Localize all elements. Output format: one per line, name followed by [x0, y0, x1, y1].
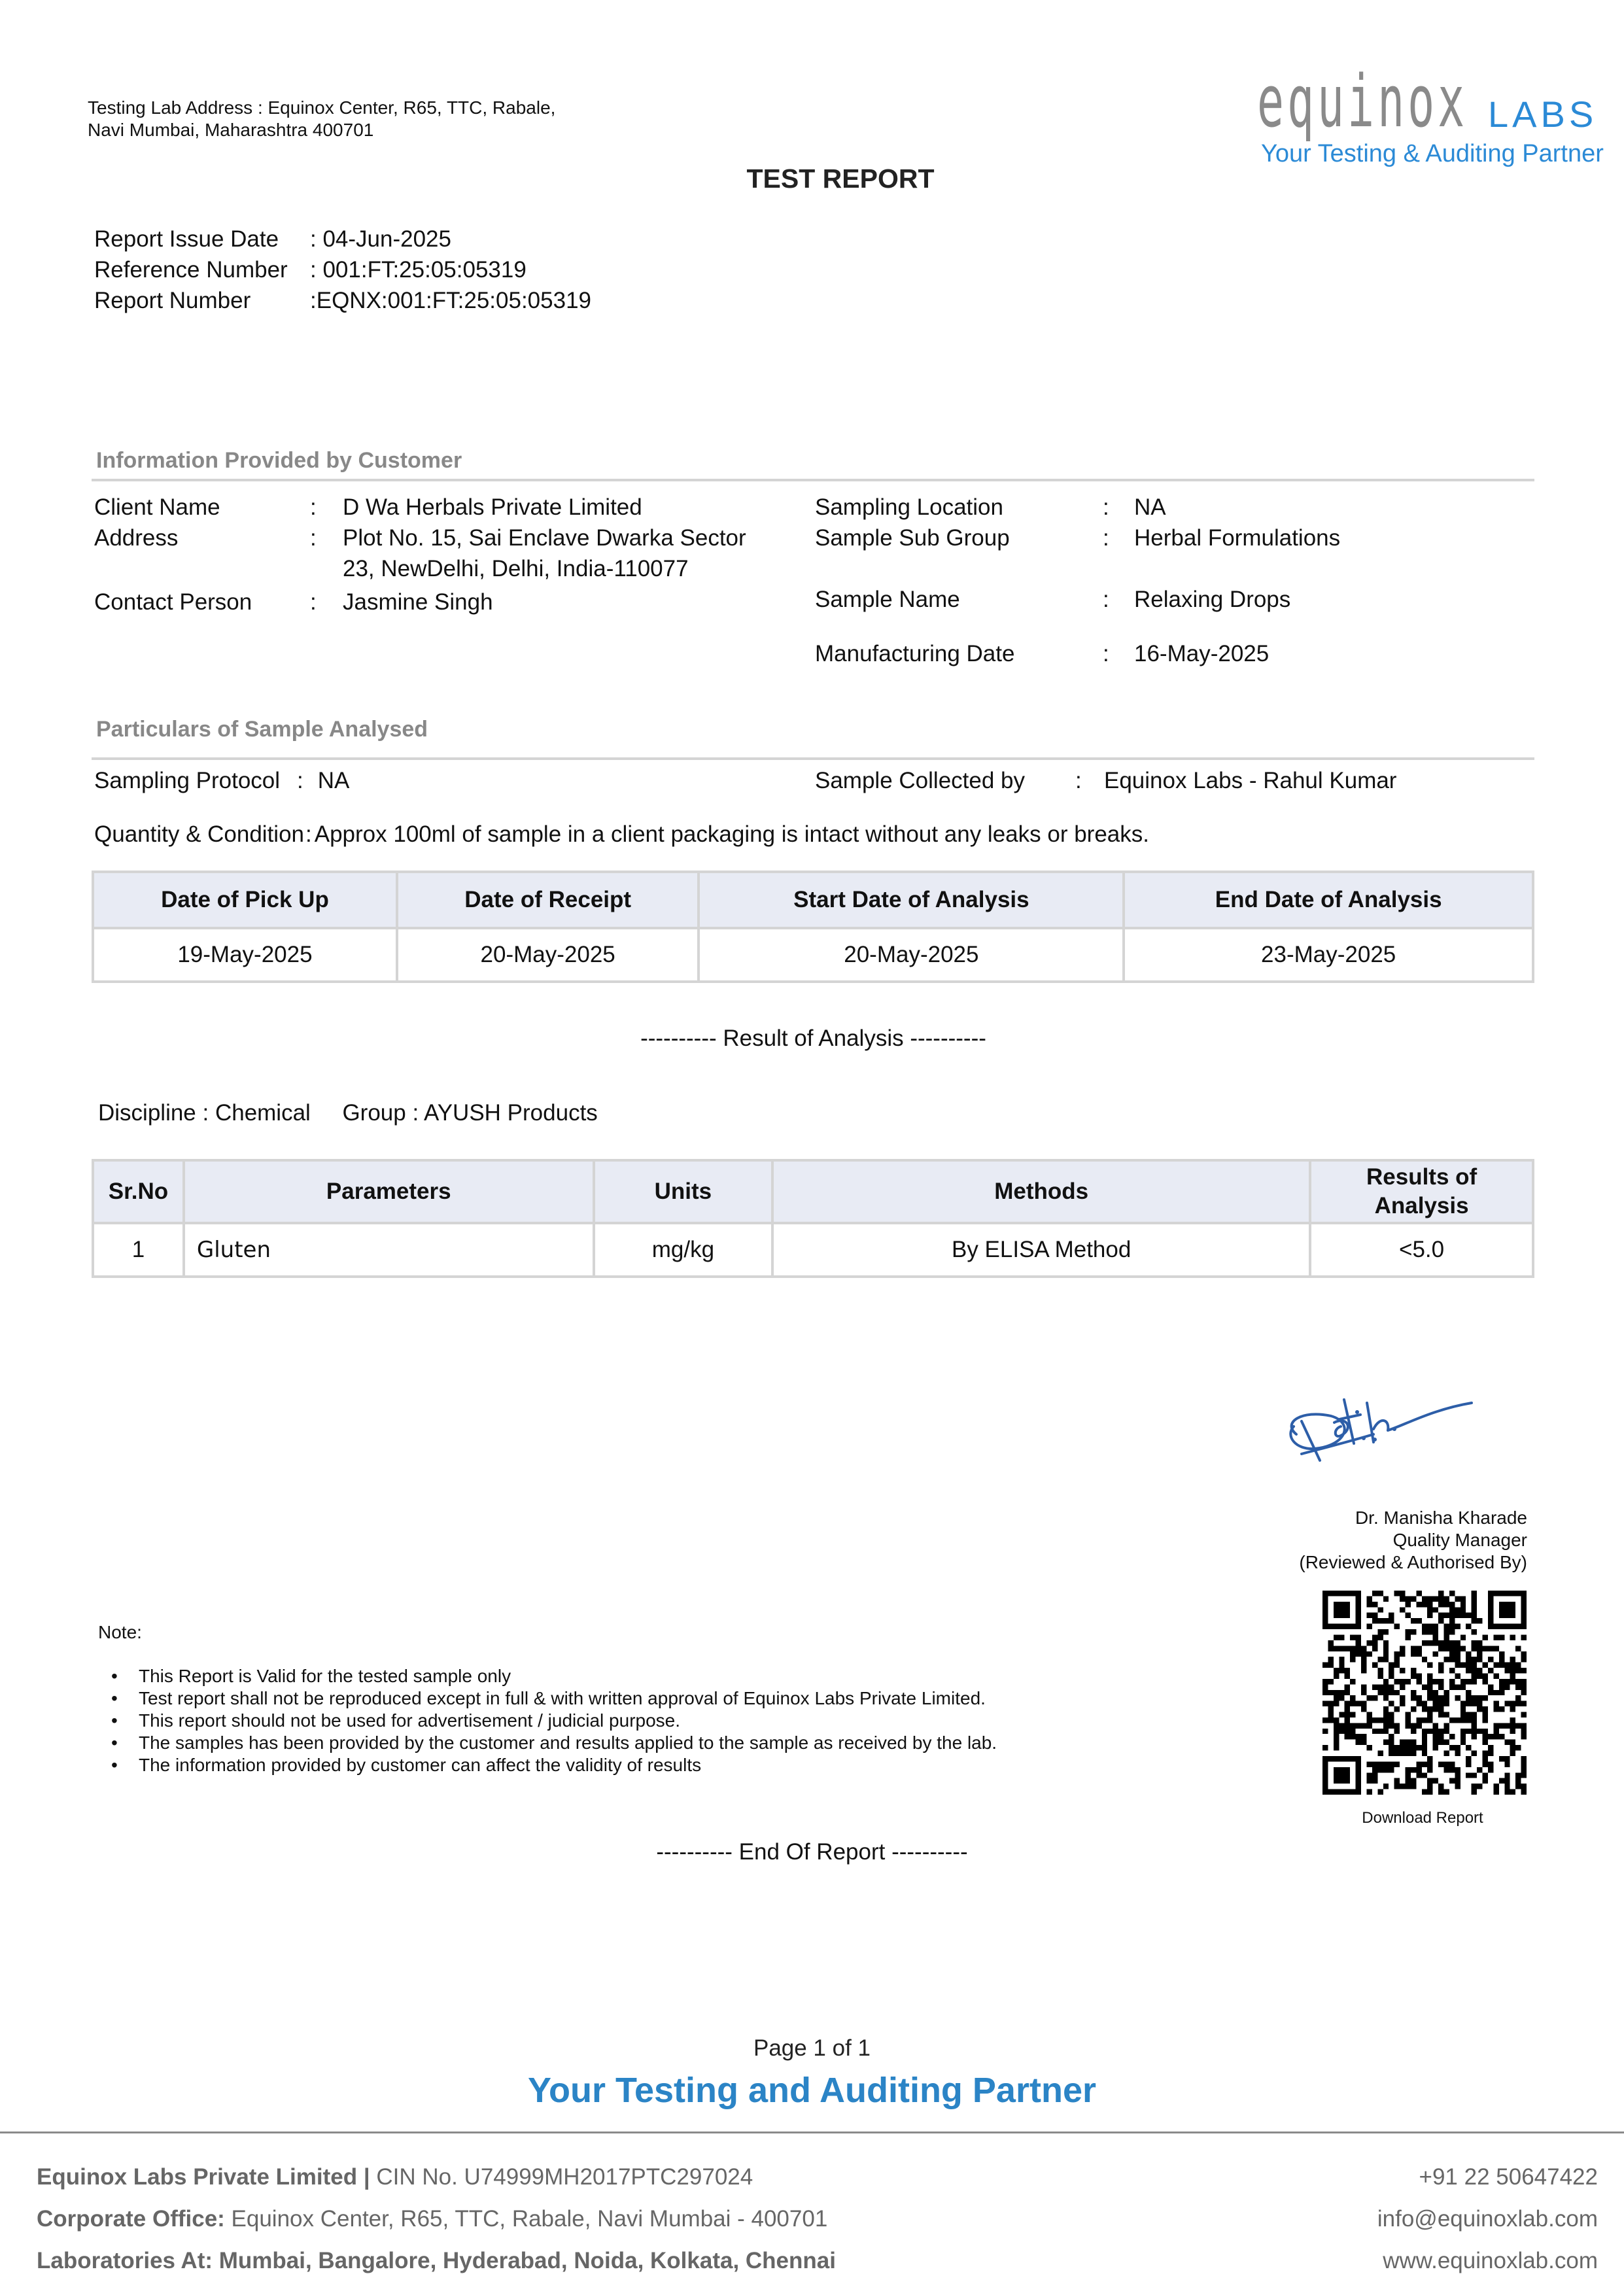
meta-report-number: Report Number :EQNX:001:FT:25:05:05319	[94, 285, 591, 316]
signatory-role: Quality Manager	[1112, 1529, 1527, 1551]
column-header-results: Results of Analysis	[1310, 1160, 1533, 1223]
footer-website[interactable]: www.equinoxlab.com	[1377, 2240, 1598, 2282]
field-separator: :	[1103, 638, 1134, 669]
heading-text: ---------- Result of Analysis ----------	[640, 1026, 986, 1051]
field-label: Address	[94, 523, 310, 584]
signatory-block: Dr. Manisha Kharade Quality Manager (Rev…	[1112, 1507, 1527, 1574]
analysis-dates-table: Date of Pick Up Date of Receipt Start Da…	[92, 871, 1534, 983]
field-manufacturing-date: Manufacturing Date : 16-May-2025	[815, 638, 1534, 669]
date-pick-up: 19-May-2025	[93, 928, 397, 982]
qr-code-icon[interactable]	[1322, 1591, 1527, 1795]
field-value: Equinox Labs - Rahul Kumar	[1104, 765, 1396, 796]
footer-email[interactable]: info@equinoxlab.com	[1377, 2198, 1598, 2240]
footer-company-line: Equinox Labs Private Limited | CIN No. U…	[37, 2156, 836, 2198]
section-divider	[92, 757, 1534, 760]
field-sample-sub-group: Sample Sub Group : Herbal Formulations	[815, 523, 1534, 553]
footer-phone[interactable]: +91 22 50647422	[1377, 2156, 1598, 2198]
note-item: The information provided by customer can…	[98, 1754, 997, 1776]
column-header: Date of Receipt	[397, 872, 699, 928]
column-header-methods: Methods	[772, 1160, 1310, 1223]
table-header-row: Sr.No Parameters Units Methods Results o…	[93, 1160, 1533, 1223]
field-label: Sampling Protocol	[94, 765, 280, 796]
field-separator: :	[310, 587, 343, 617]
page-number: Page 1 of 1	[0, 2035, 1624, 2062]
meta-label: Report Number	[94, 285, 310, 316]
date-end-analysis: 23-May-2025	[1124, 928, 1533, 982]
field-value: Plot No. 15, Sai Enclave Dwarka Sector 2…	[343, 523, 774, 584]
field-value: Approx 100ml of sample in a client packa…	[315, 819, 1149, 850]
cell-parameter: Gluten	[184, 1223, 594, 1277]
note-item: Test report shall not be reproduced exce…	[98, 1687, 997, 1710]
signatory-note: (Reviewed & Authorised By)	[1112, 1551, 1527, 1574]
table-row: 19-May-2025 20-May-2025 20-May-2025 23-M…	[93, 928, 1533, 982]
meta-label: Reference Number	[94, 254, 310, 285]
field-value: NA	[1134, 492, 1166, 523]
table-header-row: Date of Pick Up Date of Receipt Start Da…	[93, 872, 1533, 928]
field-label: Sample Collected by	[815, 765, 1075, 796]
column-header-sr-no: Sr.No	[93, 1160, 184, 1223]
testing-lab-address: Testing Lab Address : Equinox Center, R6…	[88, 97, 559, 141]
column-header: Date of Pick Up	[93, 872, 397, 928]
corporate-office-address: Equinox Center, R65, TTC, Rabale, Navi M…	[225, 2206, 827, 2232]
cell-result: <5.0	[1310, 1223, 1533, 1277]
discipline-group: Discipline : Chemical Group : AYUSH Prod…	[98, 1100, 598, 1126]
field-sample-collected-by: Sample Collected by : Equinox Labs - Rah…	[815, 765, 1396, 796]
footer-contact: +91 22 50647422 info@equinoxlab.com www.…	[1377, 2156, 1598, 2282]
section-title-sample-particulars: Particulars of Sample Analysed	[96, 717, 428, 742]
field-separator: :	[1103, 523, 1134, 553]
field-address: Address : Plot No. 15, Sai Enclave Dwark…	[94, 523, 801, 584]
column-header-parameters: Parameters	[184, 1160, 594, 1223]
date-start-analysis: 20-May-2025	[699, 928, 1124, 982]
footer-divider	[0, 2131, 1624, 2133]
column-header-units: Units	[594, 1160, 773, 1223]
field-value: Relaxing Drops	[1134, 584, 1290, 615]
table-row: 1 Gluten mg/kg By ELISA Method <5.0	[93, 1223, 1533, 1277]
logo-tagline: Your Testing & Auditing Partner	[1261, 140, 1604, 168]
meta-value: : 001:FT:25:05:05319	[310, 254, 527, 285]
note-item: This report should not be used for adver…	[98, 1710, 997, 1732]
footer-laboratories-line: Laboratories At: Mumbai, Bangalore, Hyde…	[37, 2240, 836, 2282]
field-separator: :	[1075, 765, 1104, 796]
field-value: Jasmine Singh	[343, 587, 787, 617]
report-title: TEST REPORT	[654, 164, 1027, 194]
field-value: NA	[318, 765, 350, 796]
notes-list: This Report is Valid for the tested samp…	[98, 1665, 997, 1776]
signatory-name: Dr. Manisha Kharade	[1112, 1507, 1527, 1529]
corporate-office-label: Corporate Office:	[37, 2206, 225, 2232]
field-separator: :	[310, 492, 343, 523]
meta-issue-date: Report Issue Date : 04-Jun-2025	[94, 224, 591, 254]
date-receipt: 20-May-2025	[397, 928, 699, 982]
footer-corporate-line: Corporate Office: Equinox Center, R65, T…	[37, 2198, 836, 2240]
field-separator: :	[1103, 492, 1134, 523]
field-label: Sample Sub Group	[815, 523, 1103, 553]
section-title-customer-info: Information Provided by Customer	[96, 448, 462, 474]
field-quantity-condition: Quantity & Condition : Approx 100ml of s…	[94, 819, 1149, 850]
meta-reference-number: Reference Number : 001:FT:25:05:05319	[94, 254, 591, 285]
field-contact-person: Contact Person : Jasmine Singh	[94, 587, 801, 617]
signature-image	[1275, 1383, 1485, 1472]
field-label: Contact Person	[94, 587, 310, 617]
meta-value: : 04-Jun-2025	[310, 224, 451, 254]
results-table: Sr.No Parameters Units Methods Results o…	[92, 1159, 1534, 1278]
note-label: Note:	[98, 1622, 142, 1643]
partner-tagline: Your Testing and Auditing Partner	[0, 2070, 1624, 2111]
field-label: Quantity & Condition	[94, 819, 304, 850]
column-header: End Date of Analysis	[1124, 872, 1533, 928]
report-meta: Report Issue Date : 04-Jun-2025 Referenc…	[94, 224, 591, 316]
field-client-name: Client Name : D Wa Herbals Private Limit…	[94, 492, 801, 523]
field-separator: :	[280, 765, 318, 796]
field-label: Sampling Location	[815, 492, 1103, 523]
end-of-report: ---------- End Of Report ----------	[0, 1839, 1624, 1865]
field-value: Herbal Formulations	[1134, 523, 1340, 553]
field-value: D Wa Herbals Private Limited	[343, 492, 787, 523]
field-sampling-protocol: Sampling Protocol : NA	[94, 765, 349, 796]
field-label: Sample Name	[815, 584, 1103, 615]
meta-value: :EQNX:001:FT:25:05:05319	[310, 285, 591, 316]
field-label: Client Name	[94, 492, 310, 523]
field-label: Manufacturing Date	[815, 638, 1103, 669]
download-report-label[interactable]: Download Report	[1302, 1809, 1544, 1827]
laboratories-list: Laboratories At: Mumbai, Bangalore, Hyde…	[37, 2248, 836, 2273]
section-divider	[92, 479, 1534, 481]
field-separator: :	[304, 819, 315, 850]
cell-unit: mg/kg	[594, 1223, 773, 1277]
logo-wordmark: equinox	[1257, 65, 1468, 137]
customer-info-right: Sampling Location : NA Sample Sub Group …	[815, 492, 1534, 669]
logo-labs-text: LABS	[1488, 93, 1597, 135]
field-separator: :	[1103, 584, 1134, 615]
field-sample-name: Sample Name : Relaxing Drops	[815, 584, 1534, 615]
note-item: The samples has been provided by the cus…	[98, 1732, 997, 1754]
equinox-labs-logo: equinox LABS Your Testing & Auditing Par…	[1256, 59, 1609, 177]
cin-number: CIN No. U74999MH2017PTC297024	[370, 2164, 753, 2190]
customer-info-left: Client Name : D Wa Herbals Private Limit…	[94, 492, 801, 617]
cell-method: By ELISA Method	[772, 1223, 1310, 1277]
company-name: Equinox Labs Private Limited |	[37, 2164, 370, 2190]
note-item: This Report is Valid for the tested samp…	[98, 1665, 997, 1687]
column-header: Start Date of Analysis	[699, 872, 1124, 928]
field-separator: :	[310, 523, 343, 584]
cell-sr-no: 1	[93, 1223, 184, 1277]
field-value: 16-May-2025	[1134, 638, 1269, 669]
result-of-analysis-heading: ---------- Result of Analysis ----------	[0, 1026, 1624, 1052]
meta-label: Report Issue Date	[94, 224, 310, 254]
field-sampling-location: Sampling Location : NA	[815, 492, 1534, 523]
footer-company-info: Equinox Labs Private Limited | CIN No. U…	[37, 2156, 836, 2282]
